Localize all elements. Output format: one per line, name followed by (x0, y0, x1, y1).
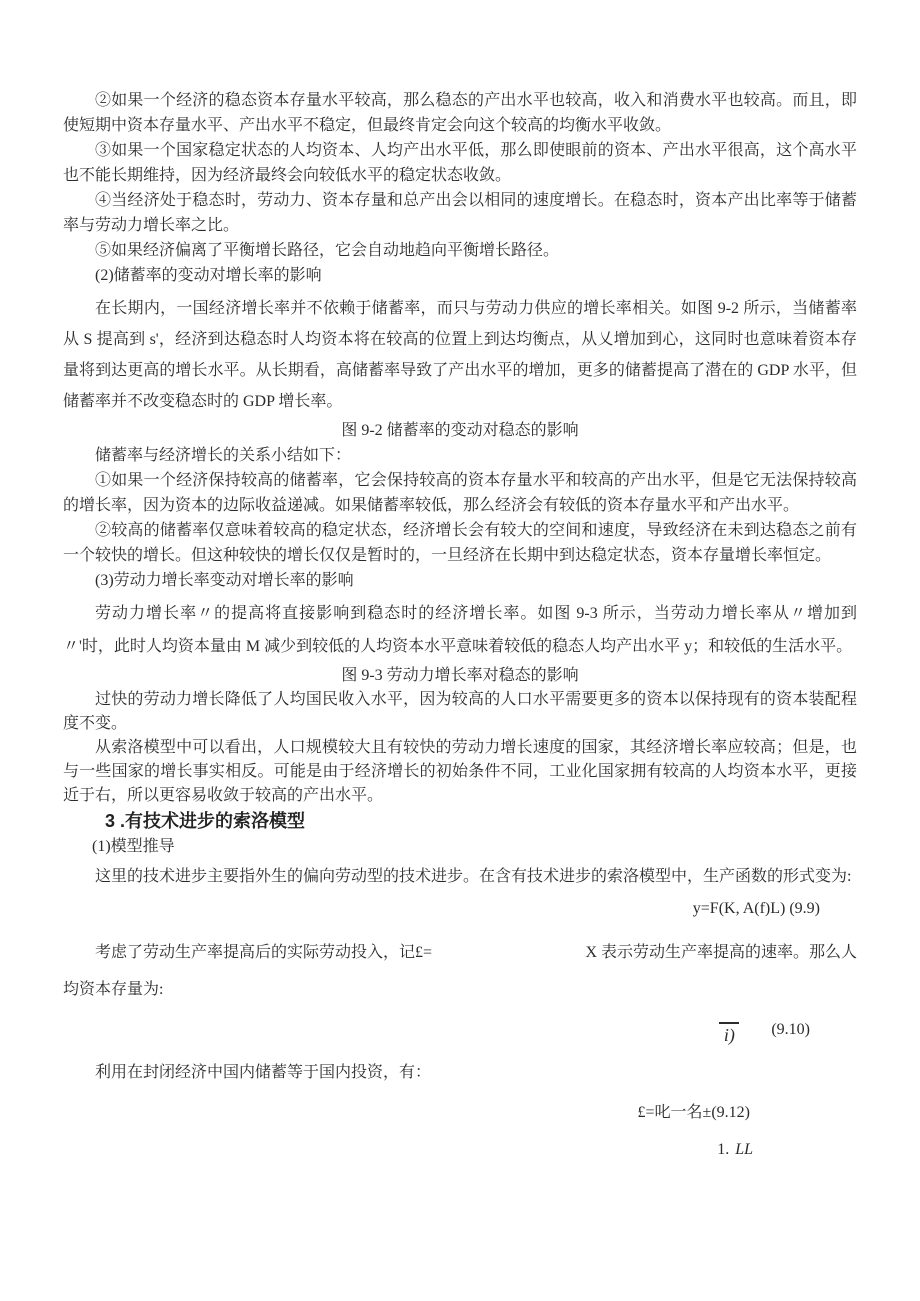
document-page: ②如果一个经济的稳态资本存量水平较高，那么稳态的产出水平也较高，收入和消费水平也… (0, 0, 920, 1301)
paragraph-effective-labor: 考虑了劳动生产率提高后的实际劳动投入，记£= X 表示劳动生产率提高的速率。那么… (63, 934, 857, 1008)
paragraph-summary-2: ②较高的储蓄率仅意味着较高的稳定状态，经济增长会有较大的空间和速度，导致经济在未… (63, 518, 857, 568)
formula-tail-italic: LL (735, 1141, 753, 1158)
paragraph-steady-capital: ②如果一个经济的稳态资本存量水平较高，那么稳态的产出水平也较高，收入和消费水平也… (63, 88, 857, 138)
formula-tail-prefix: 1. (717, 1141, 729, 1158)
formula-9-10: i) (9.10) (63, 1020, 857, 1060)
figure-caption-9-3: 图 9-3 劳动力增长率对稳态的影响 (63, 663, 857, 688)
effective-labor-line1-right: X 表示劳动生产率提高的速率。那么人 (585, 934, 857, 971)
subsection-heading-model-derivation: (1)模型推导 (63, 834, 857, 859)
formula-9-9: y=F(K, A(f)L) (9.9) (63, 896, 857, 921)
paragraph-steady-growth-rates: ④当经济处于稳态时，劳动力、资本存量和总产出会以相同的速度增长。在稳态时，资本产… (63, 188, 857, 238)
effective-labor-line1: 考虑了劳动生产率提高后的实际劳动投入，记£= X 表示劳动生产率提高的速率。那么… (63, 934, 857, 971)
paragraph-low-steady-state: ③如果一个国家稳定状态的人均资本、人均产出水平低，那么即使眼前的资本、产出水平很… (63, 138, 857, 188)
paragraph-fast-labor-growth: 过快的劳动力增长降低了人均国民收入水平，因为较高的人口水平需要更多的资本以保持现… (63, 688, 857, 736)
formula-9-10-base: i) (724, 1026, 735, 1045)
formula-9-12: £=叱一名±(9.12) (63, 1100, 857, 1125)
formula-9-10-term: i) (719, 1022, 739, 1045)
formula-tail: 1.LL (63, 1137, 857, 1162)
paragraph-tech-progress: 这里的技术进步主要指外生的偏向劳动型的技术进步。在含有技术进步的索洛模型中，生产… (63, 864, 857, 889)
subsection-heading-labor-effect: (3)劳动力增长率变动对增长率的影响 (63, 568, 857, 593)
paragraph-summary-1: ①如果一个经济保持较高的储蓄率，它会保持较高的资本存量水平和较高的产出水平，但是… (63, 468, 857, 518)
paragraph-labor-growth: 劳动力增长率〃的提高将直接影响到稳态时的经济增长率。如图 9-3 所示，当劳动力… (63, 597, 857, 663)
paragraph-solow-observation: 从索洛模型中可以看出，人口规模较大且有较快的劳动力增长速度的国家，其经济增长率应… (63, 736, 857, 808)
equation-number-9-10: (9.10) (771, 1020, 810, 1040)
paragraph-summary-intro: 储蓄率与经济增长的关系小结如下： (63, 443, 857, 468)
overbar (719, 1022, 739, 1024)
effective-labor-line2: 均资本存量为: (63, 971, 857, 1008)
effective-labor-line1-left: 考虑了劳动生产率提高后的实际劳动投入，记£= (95, 934, 432, 971)
paragraph-balanced-path: ⑤如果经济偏离了平衡增长路径，它会自动地趋向平衡增长路径。 (63, 238, 857, 263)
subsection-heading-savings-effect: (2)储蓄率的变动对增长率的影响 (63, 263, 857, 288)
paragraph-longrun-savings: 在长期内，一国经济增长率并不依赖于储蓄率，而只与劳动力供应的增长率相关。如图 9… (63, 293, 857, 417)
paragraph-closed-economy: 利用在封闭经济中国内储蓄等于国内投资，有： (63, 1060, 857, 1085)
section-heading-tech-progress: 3 .有技术进步的索洛模型 (63, 808, 857, 834)
figure-caption-9-2: 图 9-2 储蓄率的变动对稳态的影响 (63, 418, 857, 443)
